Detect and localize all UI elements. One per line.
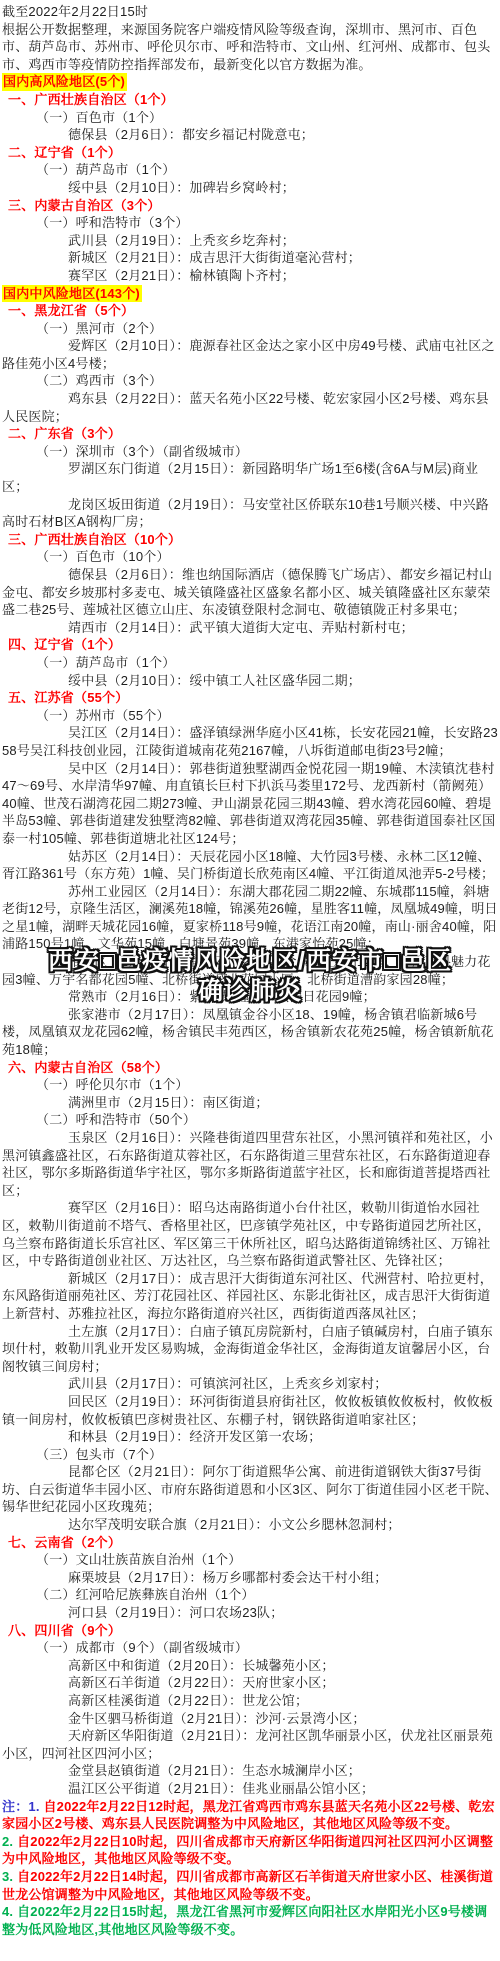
city-heading: （二）鸡西市（3个） — [2, 372, 498, 390]
footnote-segment: 自2022年2月22日15时起，黑龙江省黑河市爱辉区向阳社区水岸阳光小区9号楼调… — [2, 1904, 487, 1937]
area-detail: 鸡东县（2月22日）：蓝天名苑小区22号楼、乾宏家园小区2号楼、鸡东县人民医院； — [2, 390, 498, 425]
section-banner: 国内中风险地区(143个) — [2, 285, 498, 303]
province-heading: 二、辽宁省（1个） — [2, 144, 498, 162]
area-detail: 河口县（2月19日）：河口农场23队； — [2, 1604, 498, 1622]
area-detail: 赛罕区（2月16日）：昭乌达南路街道小台什社区，敕勒川街道怡水园社区，敕勒川街道… — [2, 1199, 498, 1269]
province-heading: 六、内蒙古自治区（58个） — [2, 1059, 498, 1077]
area-detail: 吴中区（2月14日）：郭巷街道独墅湖西金悦花园一期19幢、木渎镇沈巷村47～69… — [2, 760, 498, 848]
footnote-segment: 自2022年2月22日14时起，四川省成都市高新区石羊街道天府世家小区、桂溪街道… — [2, 1869, 493, 1902]
city-heading: （一）成都市（9个）（副省级城市） — [2, 1639, 498, 1657]
footnote: 3. 自2022年2月22日14时起，四川省成都市高新区石羊街道天府世家小区、桂… — [2, 1868, 498, 1903]
city-heading: （一）黑河市（2个） — [2, 320, 498, 338]
area-detail: 吴江区（2月14日）：盛泽镇绿洲华庭小区41栋，长安花园21幢，长安路2358号… — [2, 724, 498, 759]
area-detail: 龙岗区坂田街道（2月19日）：马安堂社区侨联东10巷1号顺兴楼、中兴路高时石材B… — [2, 496, 498, 531]
footnote: 2. 自2022年2月22日10时起，四川省成都市天府新区华阳街道四河社区四河小… — [2, 1833, 498, 1868]
footnote: 4. 自2022年2月22日15时起，黑龙江省黑河市爱辉区向阳社区水岸阳光小区9… — [2, 1903, 498, 1938]
footnote-segment: 3. — [2, 1869, 17, 1884]
city-heading: （一）葫芦岛市（1个） — [2, 654, 498, 672]
area-detail: 张家港市（2月17日）：凤凰镇金谷小区18、19幢，杨舍镇君临新城6号楼，凤凰镇… — [2, 1006, 498, 1059]
footnote-segment: 注：1. — [2, 1799, 43, 1814]
city-heading: （一）呼伦贝尔市（1个） — [2, 1076, 498, 1094]
city-heading: （二）红河哈尼族彝族自治州（1个） — [2, 1586, 498, 1604]
area-detail: 金牛区驷马桥街道（2月21日）：沙河·云景湾小区； — [2, 1710, 498, 1728]
city-heading: （一）呼和浩特市（3个） — [2, 214, 498, 232]
city-heading: （一）葫芦岛市（1个） — [2, 161, 498, 179]
risk-area-document: 截至2022年2月22日15时根据公开数据整理，来源国务院客户端疫情风险等级查询… — [0, 0, 500, 1938]
banner-text: 国内高风险地区(5个) — [2, 73, 127, 91]
intro-text: 根据公开数据整理，来源国务院客户端疫情风险等级查询，深圳市、黑河市、百色市、葫芦… — [2, 21, 498, 74]
province-heading: 四、辽宁省（1个） — [2, 636, 498, 654]
province-heading: 三、广西壮族自治区（10个） — [2, 531, 498, 549]
banner-text: 国内中风险地区(143个) — [2, 285, 142, 303]
area-detail: 天府新区华阳街道（2月21日）：龙河社区凯华丽景小区，伏龙社区丽景苑小区，四河社… — [2, 1727, 498, 1762]
footnote-segment: 4. — [2, 1904, 17, 1919]
area-detail: 满洲里市（2月15日）：南区街道； — [2, 1094, 498, 1112]
province-heading: 一、黑龙江省（5个） — [2, 302, 498, 320]
city-heading: （一）文山壮族苗族自治州（1个） — [2, 1551, 498, 1569]
area-detail: 麻栗坡县（2月17日）：杨万乡哪都村委会达干村小组； — [2, 1569, 498, 1587]
area-detail: 高新区石羊街道（2月22日）：天府世家小区； — [2, 1674, 498, 1692]
area-detail: 土左旗（2月17日）：白庙子镇瓦房院新村，白庙子镇碱房村，白庙子镇东坝什村，敕勒… — [2, 1323, 498, 1376]
province-heading: 五、江苏省（55个） — [2, 689, 498, 707]
area-detail: 金堂县赵镇街道（2月21日）：生态水城澜岸小区； — [2, 1762, 498, 1780]
area-detail: 高新区桂溪街道（2月22日）：世龙公馆； — [2, 1692, 498, 1710]
area-detail: 罗湖区东门街道（2月15日）：新园路明华广场1至6楼(含6A与M层)商业区； — [2, 460, 498, 495]
city-heading: （一）深圳市（3个）（副省级城市） — [2, 443, 498, 461]
area-detail: 靖西市（2月14日）：武平镇大道街大定屯、弄贴村新村屯； — [2, 619, 498, 637]
section-banner: 国内高风险地区(5个) — [2, 73, 498, 91]
area-detail: 武川县（2月17日）：可镇滨河社区，上秃亥乡刘家村； — [2, 1375, 498, 1393]
area-detail: 温江区公平街道（2月21日）：佳兆业丽晶公馆小区； — [2, 1780, 498, 1798]
city-heading: （一）苏州市（55个） — [2, 707, 498, 725]
area-detail: 高新区中和街道（2月20日）：长城馨苑小区； — [2, 1657, 498, 1675]
area-detail: 相城区（2月16日）：官渡花园26幢、合景峰汇8期12幢、苏州万科魅力花园3幢、… — [2, 953, 498, 988]
area-detail: 新城区（2月17日）：成吉思汗大街街道东河社区、代洲营村、哈拉更村，东风路街道丽… — [2, 1270, 498, 1323]
area-detail: 姑苏区（2月14日）：天辰花园小区18幢、大竹园3号楼、永林二区12幢、胥江路3… — [2, 848, 498, 883]
area-detail: 和林县（2月19日）：经济开发区第一农场； — [2, 1428, 498, 1446]
intro-text: 截至2022年2月22日15时 — [2, 3, 498, 21]
footnote: 注：1. 自2022年2月22日12时起，黑龙江省鸡西市鸡东县蓝天名苑小区22号… — [2, 1798, 498, 1833]
area-detail: 德保县（2月6日）：维也纳国际酒店（德保腾飞广场店）、都安乡福记村山金屯、都安乡… — [2, 566, 498, 619]
city-heading: （三）包头市（7个） — [2, 1446, 498, 1464]
province-heading: 二、广东省（3个） — [2, 425, 498, 443]
province-heading: 一、广西壮族自治区（1个） — [2, 91, 498, 109]
area-detail: 绥中县（2月10日）：加碑岩乡窝岭村； — [2, 179, 498, 197]
area-detail: 苏州工业园区（2月14日）：东湖大郡花园二期22幢、东城郡115幢，斜塘老街12… — [2, 883, 498, 953]
city-heading: （二）呼和浩特市（50个） — [2, 1111, 498, 1129]
province-heading: 八、四川省（9个） — [2, 1622, 498, 1640]
footnote-segment: 自2022年2月22日12时起，黑龙江省鸡西市鸡东县蓝天名苑小区22号楼、乾宏家… — [2, 1799, 495, 1832]
area-detail: 新城区（2月21日）：成吉思汗大街街道毫沁营村； — [2, 249, 498, 267]
province-heading: 七、云南省（2个） — [2, 1534, 498, 1552]
area-detail: 赛罕区（2月21日）：榆林镇陶卜齐村； — [2, 267, 498, 285]
area-detail: 爱辉区（2月10日）：鹿源春社区金达之家小区中房49号楼、武庙屯社区之路佳苑小区… — [2, 337, 498, 372]
area-detail: 德保县（2月6日）：都安乡福记村陇意屯； — [2, 126, 498, 144]
area-detail: 回民区（2月19日）：环河街街道县府街社区，攸攸板镇攸攸板村，攸攸板镇一间房村，… — [2, 1393, 498, 1428]
area-detail: 玉泉区（2月16日）：兴隆巷街道四里营东社区，小黑河镇祥和苑社区，小黑河镇鑫盛社… — [2, 1129, 498, 1199]
area-detail: 达尔罕茂明安联合旗（2月21日）：小文公乡腮林忽洞村； — [2, 1516, 498, 1534]
area-detail: 常熟市（2月16日）：紫晶城5幢、中欧假日花园9幢； — [2, 988, 498, 1006]
city-heading: （一）百色市（1个） — [2, 109, 498, 127]
province-heading: 三、内蒙古自治区（3个） — [2, 197, 498, 215]
area-detail: 绥中县（2月10日）：绥中镇工人社区盛华园二期； — [2, 672, 498, 690]
footnote-segment: 2. — [2, 1834, 17, 1849]
area-detail: 昆都仑区（2月21日）：阿尔丁街道熙华公寓、前进街道钢铁大街37号街坊、白云街道… — [2, 1463, 498, 1516]
city-heading: （一）百色市（10个） — [2, 548, 498, 566]
area-detail: 武川县（2月19日）：上秃亥乡圪奔村； — [2, 232, 498, 250]
footnote-segment: 自2022年2月22日10时起，四川省成都市天府新区华阳街道四河社区四河小区调整… — [2, 1834, 493, 1867]
